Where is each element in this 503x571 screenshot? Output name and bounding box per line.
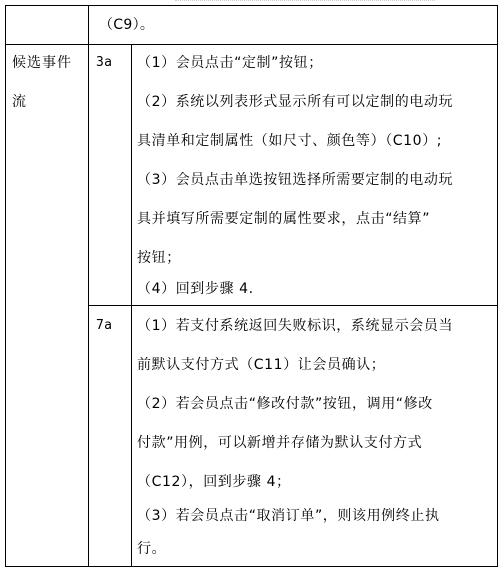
case-id-3a: 3a — [96, 55, 112, 71]
case-7a-line: 付款”用例，可以新增并存储为默认支付方式 — [137, 435, 422, 451]
case-3a-line: （4）回到步骤 4. — [137, 281, 254, 297]
table-right-border — [497, 5, 498, 567]
column1-divider — [88, 5, 89, 567]
case-3a-line: （1）会员点击“定制”按钮； — [137, 55, 323, 71]
case-7a-line: （2）若会员点击“修改付款”按钮，调用“修改 — [137, 396, 433, 412]
table-top-border — [5, 5, 498, 6]
case-7a-line: 行。 — [137, 541, 166, 557]
case-3a-line: （3）会员点击单选按钮选择所需要定制的电动玩 — [137, 172, 453, 188]
row-divider — [5, 44, 498, 45]
table-left-border — [5, 5, 6, 567]
case-7a-line: （1）若支付系统返回失败标识，系统显示会员当 — [137, 318, 453, 334]
alt-flow-label: 候选事件 — [12, 55, 72, 71]
continuation-text: （C9）。 — [99, 17, 154, 33]
column2-divider — [131, 44, 132, 567]
case-id-7a: 7a — [96, 318, 112, 334]
alt-flow-label-cont: 流 — [12, 94, 26, 110]
case-3a-line: （2）系统以列表形式显示所有可以定制的电动玩 — [137, 94, 453, 110]
case-3a-line: 具并填写所需要定制的属性要求，点击“结算” — [137, 211, 430, 227]
case-7a-line: （C12），回到步骤 4； — [137, 474, 291, 490]
case-7a-line: （3）若会员点击“取消订单”，则该用例终止执 — [137, 508, 440, 524]
case-divider — [88, 305, 498, 306]
table-bottom-border — [5, 566, 498, 567]
cut-off-previous-text — [175, 0, 435, 4]
case-7a-line: 前默认支付方式（C11）让会员确认； — [137, 357, 385, 373]
case-3a-line: 按钮； — [137, 250, 181, 266]
case-3a-line: 具清单和定制属性（如尺寸、颜色等）（C10）; — [137, 133, 442, 149]
